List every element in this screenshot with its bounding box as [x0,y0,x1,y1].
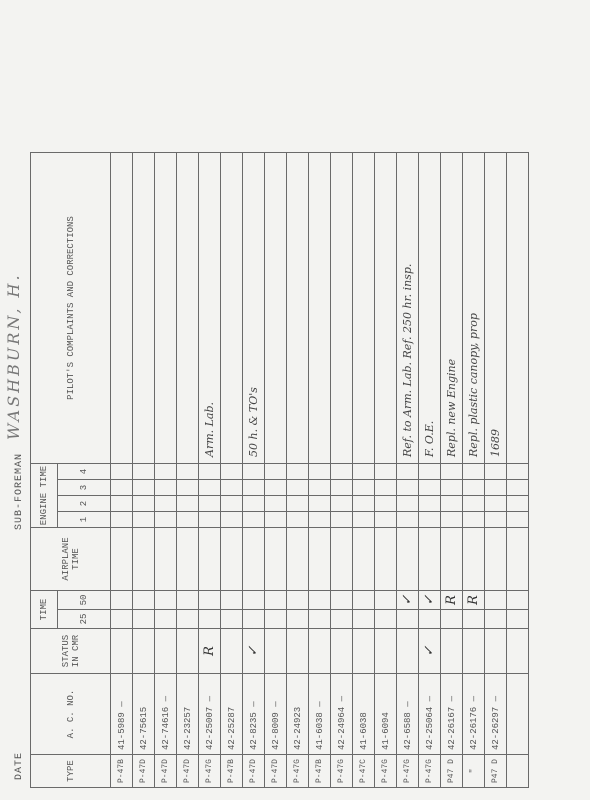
cell-engine-4 [485,464,507,480]
col-status: STATUS IN CMR [31,629,111,674]
cell-engine-2 [353,496,375,512]
cell-time-50 [353,591,375,610]
cell-engine-3 [419,480,441,496]
table-row: P-47G 41-6094 [375,153,397,788]
table-row: P-47D 42-8009 — [265,153,287,788]
col-ac-no: A. C. NO. [31,674,111,755]
cell-type: P-47D [243,755,265,788]
cell-airplane-time [309,528,331,591]
cell-engine-2 [309,496,331,512]
cell-engine-4 [507,464,529,480]
cell-status [221,629,243,674]
cell-time-50 [221,591,243,610]
cell-status [507,629,529,674]
cell-type: P-47G [331,755,353,788]
sub-foreman-handwritten-name: WASHBURN, H. [4,272,23,440]
cell-airplane-time [243,528,265,591]
cell-airplane-time [265,528,287,591]
cell-airplane-time [375,528,397,591]
cell-time-25 [353,610,375,629]
cell-ac-no: 42-26167 — [441,674,463,755]
cell-ac-no: 42-25287 [221,674,243,755]
cell-airplane-time [155,528,177,591]
cell-status: R [199,629,221,674]
cell-ac-no: 42-25007 — [199,674,221,755]
cell-airplane-time [397,528,419,591]
cell-engine-2 [419,496,441,512]
cell-type: P-47B [309,755,331,788]
cell-engine-3 [507,480,529,496]
cell-engine-1 [309,512,331,528]
table-row: P-47D 42-23257 [177,153,199,788]
cell-type: P-47G [419,755,441,788]
cell-time-25 [375,610,397,629]
cell-engine-2 [243,496,265,512]
cell-time-50 [309,591,331,610]
cell-engine-4 [265,464,287,480]
cell-engine-2 [485,496,507,512]
cell-engine-1 [353,512,375,528]
cell-time-50 [199,591,221,610]
cell-time-25 [287,610,309,629]
cell-engine-4 [133,464,155,480]
table-row: P-47B 41-6038 — [309,153,331,788]
cell-status [375,629,397,674]
col-complaints: PILOT'S COMPLAINTS AND CORRECTIONS [31,153,111,464]
cell-time-25 [485,610,507,629]
cell-time-25 [177,610,199,629]
cell-engine-2 [111,496,133,512]
cell-time-50 [507,591,529,610]
cell-type [507,755,529,788]
cell-engine-3 [177,480,199,496]
cell-status [287,629,309,674]
table-row: P-47G 42-24923 [287,153,309,788]
col-type: TYPE [31,755,111,788]
cell-ac-no: 41-6038 — [309,674,331,755]
cell-engine-3 [265,480,287,496]
cell-status [463,629,485,674]
cell-airplane-time [221,528,243,591]
cell-time-50: R [441,591,463,610]
cell-complaint: F. O.E. [419,153,441,464]
cell-engine-3 [199,480,221,496]
cell-complaint [177,153,199,464]
cell-type: P-47B [221,755,243,788]
cell-engine-4 [441,464,463,480]
col-engine-time: ENGINE TIME [31,464,58,528]
cell-engine-1 [287,512,309,528]
cell-engine-4 [353,464,375,480]
cell-engine-4 [375,464,397,480]
cell-complaint [287,153,309,464]
cell-engine-1 [397,512,419,528]
cell-engine-3 [243,480,265,496]
cell-complaint [133,153,155,464]
cell-engine-1 [331,512,353,528]
cell-engine-4 [221,464,243,480]
col-engine-2: 2 [58,496,111,512]
cell-complaint: Ref. to Arm. Lab. Ref. 250 hr. insp. [397,153,419,464]
table-row: P-47C 41-6038 [353,153,375,788]
cell-type: P47 D [485,755,507,788]
cell-type: P-47G [199,755,221,788]
cell-engine-3 [287,480,309,496]
cell-time-50 [177,591,199,610]
cell-engine-1 [111,512,133,528]
cell-time-50: ✓ [419,591,441,610]
sub-foreman-label: SUB-FOREMAN [14,453,25,530]
cell-complaint: 50 h. & TO's [243,153,265,464]
cell-status: ✓ [419,629,441,674]
cell-time-25 [243,610,265,629]
col-time: TIME [31,591,58,629]
cell-engine-4 [177,464,199,480]
cell-engine-2 [463,496,485,512]
cell-complaint [375,153,397,464]
cell-engine-3 [397,480,419,496]
cell-ac-no: 42-26297 — [485,674,507,755]
cell-time-25 [133,610,155,629]
cell-airplane-time [441,528,463,591]
cell-engine-3 [441,480,463,496]
cell-time-50 [243,591,265,610]
cell-engine-4 [463,464,485,480]
cell-time-50 [265,591,287,610]
table-row: P-47G 42-25007 — R Arm. Lab. [199,153,221,788]
cell-complaint [331,153,353,464]
cell-complaint [265,153,287,464]
table-row: P-47G 42-6588 — ✓ Ref. to Arm. Lab. Ref.… [397,153,419,788]
cell-engine-1 [485,512,507,528]
cell-status [485,629,507,674]
rotated-form-sheet: DATE SUB-FOREMAN WASHBURN, H. TYPE A. C.… [0,0,590,800]
table-header-row: TYPE A. C. NO. STATUS IN CMR TIME AIRPLA… [31,153,58,788]
cell-status [177,629,199,674]
cell-time-25 [507,610,529,629]
cell-engine-3 [309,480,331,496]
cell-engine-2 [375,496,397,512]
cell-engine-1 [265,512,287,528]
cell-engine-4 [309,464,331,480]
cell-ac-no: 41-6094 [375,674,397,755]
cell-ac-no: 42-8235 — [243,674,265,755]
cell-airplane-time [199,528,221,591]
cell-status [309,629,331,674]
cell-engine-4 [419,464,441,480]
cell-type: P-47G [287,755,309,788]
cell-time-25 [155,610,177,629]
table-row: P-47D 42-74616 — [155,153,177,788]
col-time-25: 25 [58,610,111,629]
table-row: P-47G 42-25064 — ✓ ✓ F. O.E. [419,153,441,788]
cell-type: P-47D [177,755,199,788]
cell-engine-4 [155,464,177,480]
table-row: P-47D 42-75615 [133,153,155,788]
cell-time-25 [221,610,243,629]
cell-ac-no: 42-6588 — [397,674,419,755]
cell-engine-1 [375,512,397,528]
cell-engine-2 [397,496,419,512]
cell-time-50 [133,591,155,610]
col-airplane-time: AIRPLANE TIME [31,528,111,591]
cell-engine-1 [463,512,485,528]
cell-engine-4 [397,464,419,480]
cell-ac-no: 42-8009 — [265,674,287,755]
cell-engine-3 [111,480,133,496]
cell-engine-3 [133,480,155,496]
cell-engine-1 [221,512,243,528]
cell-complaint: Arm. Lab. [199,153,221,464]
cell-time-25 [199,610,221,629]
cell-type: P-47D [265,755,287,788]
cell-type: P-47C [353,755,375,788]
cell-airplane-time [331,528,353,591]
cell-engine-2 [133,496,155,512]
cell-complaint [507,153,529,464]
cell-time-50 [155,591,177,610]
cell-time-50 [485,591,507,610]
col-time-50: 50 [58,591,111,610]
cell-complaint [155,153,177,464]
cell-time-25 [419,610,441,629]
table-row: P-47B 41-5989 — [111,153,133,788]
cell-engine-2 [177,496,199,512]
cell-engine-3 [331,480,353,496]
cell-status [353,629,375,674]
cell-airplane-time [507,528,529,591]
cell-time-50 [287,591,309,610]
cell-status [331,629,353,674]
col-engine-3: 3 [58,480,111,496]
cell-ac-no: 42-25064 — [419,674,441,755]
cell-engine-3 [155,480,177,496]
cell-status [155,629,177,674]
table-row: " 42-26176 — R Repl. plastic canopy, pro… [463,153,485,788]
cell-engine-1 [419,512,441,528]
cell-type: P-47G [397,755,419,788]
cell-complaint [353,153,375,464]
cell-status: ✓ [243,629,265,674]
cell-engine-3 [221,480,243,496]
cell-time-50 [331,591,353,610]
scanned-form-page: DATE SUB-FOREMAN WASHBURN, H. TYPE A. C.… [0,0,590,800]
col-engine-1: 1 [58,512,111,528]
cell-ac-no: 41-6038 [353,674,375,755]
cell-engine-2 [265,496,287,512]
cell-engine-1 [133,512,155,528]
table-row: P47 D 42-26297 — 1689 [485,153,507,788]
cell-engine-4 [331,464,353,480]
cell-time-25 [309,610,331,629]
cell-status [133,629,155,674]
cell-time-25 [463,610,485,629]
cell-complaint [111,153,133,464]
cell-status [265,629,287,674]
cell-complaint [309,153,331,464]
table-row: P-47D 42-8235 — ✓ 50 h. & TO's [243,153,265,788]
table-row: P-47G 42-24964 — [331,153,353,788]
cell-ac-no: 42-24964 — [331,674,353,755]
cell-engine-1 [199,512,221,528]
cell-type: P-47B [111,755,133,788]
aircraft-status-table: TYPE A. C. NO. STATUS IN CMR TIME AIRPLA… [30,152,529,788]
cell-time-25 [441,610,463,629]
cell-airplane-time [133,528,155,591]
cell-engine-4 [199,464,221,480]
cell-time-25 [397,610,419,629]
table-row: P47 D 42-26167 — R Repl. new Engine [441,153,463,788]
cell-status [397,629,419,674]
table-row: P-47B 42-25287 [221,153,243,788]
cell-type: " [463,755,485,788]
cell-engine-2 [221,496,243,512]
cell-status [441,629,463,674]
cell-ac-no: 42-23257 [177,674,199,755]
col-engine-4: 4 [58,464,111,480]
cell-engine-2 [441,496,463,512]
cell-time-25 [111,610,133,629]
cell-ac-no: 42-24923 [287,674,309,755]
cell-airplane-time [353,528,375,591]
cell-time-50: ✓ [397,591,419,610]
cell-engine-4 [287,464,309,480]
cell-airplane-time [463,528,485,591]
cell-engine-2 [155,496,177,512]
cell-airplane-time [111,528,133,591]
cell-type: P47 D [441,755,463,788]
cell-engine-1 [441,512,463,528]
cell-engine-2 [331,496,353,512]
table-row [507,153,529,788]
cell-type: P-47D [133,755,155,788]
cell-engine-1 [507,512,529,528]
cell-engine-4 [111,464,133,480]
cell-engine-2 [287,496,309,512]
cell-engine-1 [155,512,177,528]
cell-airplane-time [177,528,199,591]
cell-engine-3 [353,480,375,496]
cell-ac-no: 41-5989 — [111,674,133,755]
cell-time-50: R [463,591,485,610]
date-label: DATE [14,752,25,780]
cell-ac-no [507,674,529,755]
cell-status [111,629,133,674]
cell-engine-3 [485,480,507,496]
cell-type: P-47G [375,755,397,788]
cell-engine-2 [199,496,221,512]
cell-ac-no: 42-26176 — [463,674,485,755]
cell-complaint: 1689 [485,153,507,464]
cell-complaint: Repl. new Engine [441,153,463,464]
cell-ac-no: 42-75615 [133,674,155,755]
cell-complaint [221,153,243,464]
cell-time-25 [331,610,353,629]
cell-complaint: Repl. plastic canopy, prop [463,153,485,464]
cell-engine-4 [243,464,265,480]
cell-ac-no: 42-74616 — [155,674,177,755]
cell-engine-3 [463,480,485,496]
cell-time-50 [375,591,397,610]
cell-engine-2 [507,496,529,512]
cell-airplane-time [287,528,309,591]
cell-airplane-time [485,528,507,591]
cell-time-50 [111,591,133,610]
cell-airplane-time [419,528,441,591]
cell-engine-1 [177,512,199,528]
cell-type: P-47D [155,755,177,788]
cell-time-25 [265,610,287,629]
cell-engine-3 [375,480,397,496]
cell-engine-1 [243,512,265,528]
